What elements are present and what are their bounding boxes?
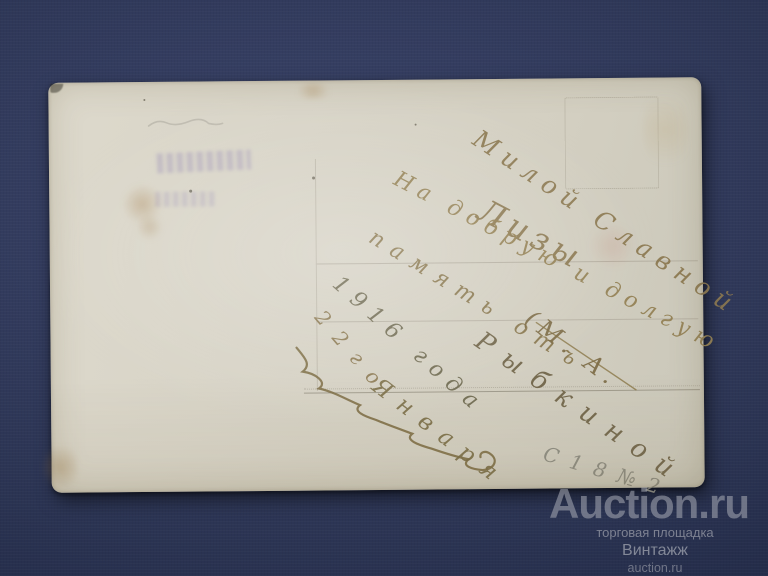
postcard: Милой СлавнойЛизыНа добрую и долгуюпамят… xyxy=(48,77,705,493)
speck xyxy=(143,99,145,101)
speck xyxy=(415,124,417,126)
speck xyxy=(312,177,315,180)
address-line-3 xyxy=(304,389,700,393)
faded-ink-stamp xyxy=(157,149,252,173)
watermark-caption: торговая площадка Винтажж auction.ru xyxy=(540,526,768,575)
stain xyxy=(292,83,334,98)
handwritten-message: Милой СлавнойЛизыНа добрую и долгуюпамят… xyxy=(48,77,701,83)
divider-line xyxy=(315,160,318,391)
watermark-site-url: auction.ru xyxy=(540,562,768,575)
watermark-marketplace-label: торговая площадка xyxy=(540,526,768,540)
stain xyxy=(135,214,163,240)
corner-damage xyxy=(50,84,63,93)
pencil-scribble xyxy=(149,119,223,126)
stain xyxy=(43,441,77,493)
photo-background: Милой СлавнойЛизыНа добрую и долгуюпамят… xyxy=(0,0,768,576)
watermark-seller-name: Винтажж xyxy=(540,542,768,559)
speck xyxy=(189,190,192,193)
faded-ink-stamp xyxy=(155,191,215,207)
stain xyxy=(642,83,689,175)
watermark-title: Auction.ru xyxy=(549,483,768,525)
